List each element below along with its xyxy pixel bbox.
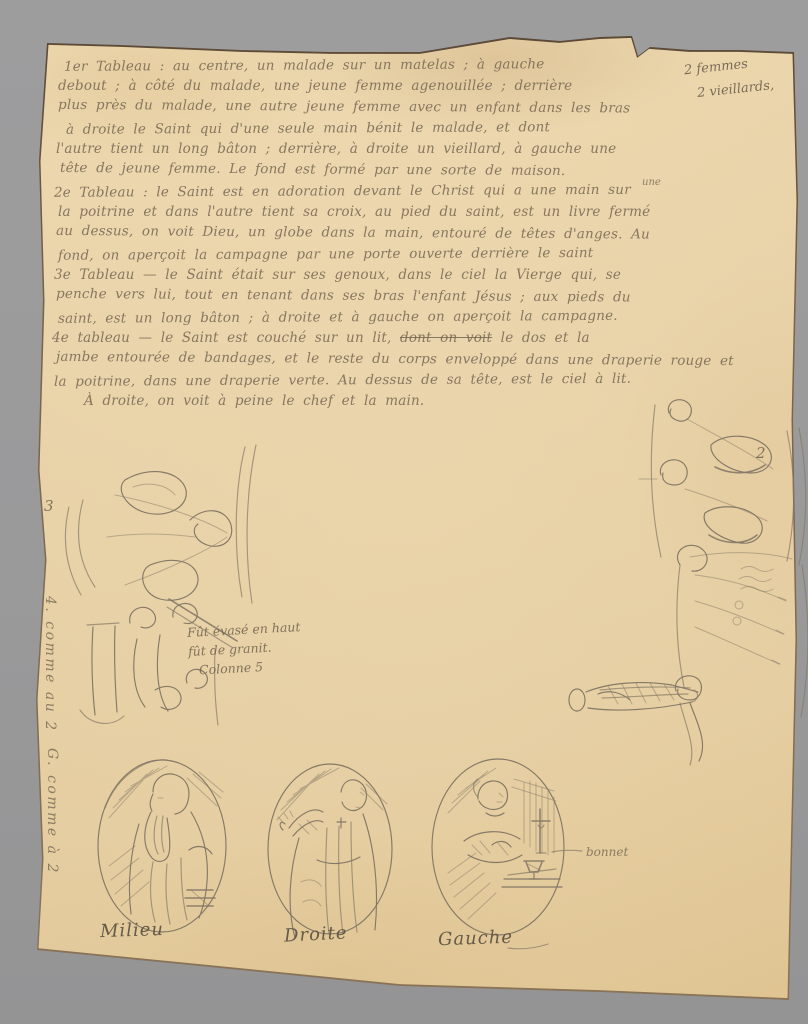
oval-portrait-gauche-icon bbox=[432, 759, 564, 935]
oval-label-gauche: Gauche bbox=[438, 927, 514, 951]
line-pre: 4e tableau — le Saint est couché sur un … bbox=[52, 330, 400, 346]
column-note-line: Colonne 5 bbox=[199, 655, 303, 679]
gauche-label-tail bbox=[508, 944, 548, 949]
vertical-note-2: G. comme à 2 bbox=[44, 748, 60, 875]
page-content: 1er Tableau : au centre, un malade sur u… bbox=[0, 0, 808, 1024]
cup-note: bonnet bbox=[586, 845, 628, 859]
oval-portrait-milieu-icon bbox=[98, 760, 226, 932]
manuscript-line: 1er Tableau : au centre, un malade sur u… bbox=[64, 53, 742, 78]
reclining-figure-sketch-icon bbox=[569, 683, 698, 711]
manuscript-line: la poitrine et dans l'autre tient sa cro… bbox=[58, 202, 742, 223]
scanned-manuscript-page: 1er Tableau : au centre, un malade sur u… bbox=[0, 0, 808, 1024]
manuscript-line: debout ; à côté du malade, une jeune fem… bbox=[58, 76, 742, 97]
capital-study-left-icon bbox=[65, 445, 256, 603]
manuscript-line: 4e tableau — le Saint est couché sur un … bbox=[52, 328, 742, 349]
capital-study-right-scroll-icon bbox=[675, 545, 808, 765]
capital-number-2: 2 bbox=[756, 444, 766, 462]
manuscript-line: 3e Tableau — le Saint était sur ses geno… bbox=[54, 265, 742, 286]
superscript-note: une bbox=[642, 177, 661, 188]
manuscript-line: fond, on aperçoit la campagne par une po… bbox=[58, 242, 742, 267]
capital-study-right-top-icon bbox=[639, 400, 806, 625]
struck-words: dont on voit bbox=[400, 330, 492, 346]
oval-portrait-droite-icon bbox=[268, 764, 392, 938]
manuscript-line: l'autre tient un long bâton ; derrière, … bbox=[56, 139, 742, 160]
manuscript-line: À droite, on voit à peine le chef et la … bbox=[84, 391, 742, 412]
manuscript-line: saint, est un long bâton ; à droite et à… bbox=[58, 305, 742, 330]
capital-number-3: 3 bbox=[44, 497, 54, 515]
vertical-note-1: 4. comme au 2 bbox=[42, 596, 58, 733]
oval-label-droite: Droite bbox=[283, 922, 348, 946]
cup-note-connector bbox=[552, 850, 582, 852]
manuscript-line: 2e Tableau : le Saint est en adoration d… bbox=[54, 179, 742, 204]
line-post: le dos et la bbox=[492, 330, 590, 346]
column-note: Fût évasé en haut fût de granit. Colonne… bbox=[187, 617, 303, 680]
oval-label-milieu: Milieu bbox=[100, 919, 165, 942]
manuscript-line: à droite le Saint qui d'une seule main b… bbox=[66, 116, 742, 141]
manuscript-line: la poitrine, dans une draperie verte. Au… bbox=[54, 368, 742, 393]
manuscript-text-block: 1er Tableau : au centre, un malade sur u… bbox=[60, 55, 742, 412]
